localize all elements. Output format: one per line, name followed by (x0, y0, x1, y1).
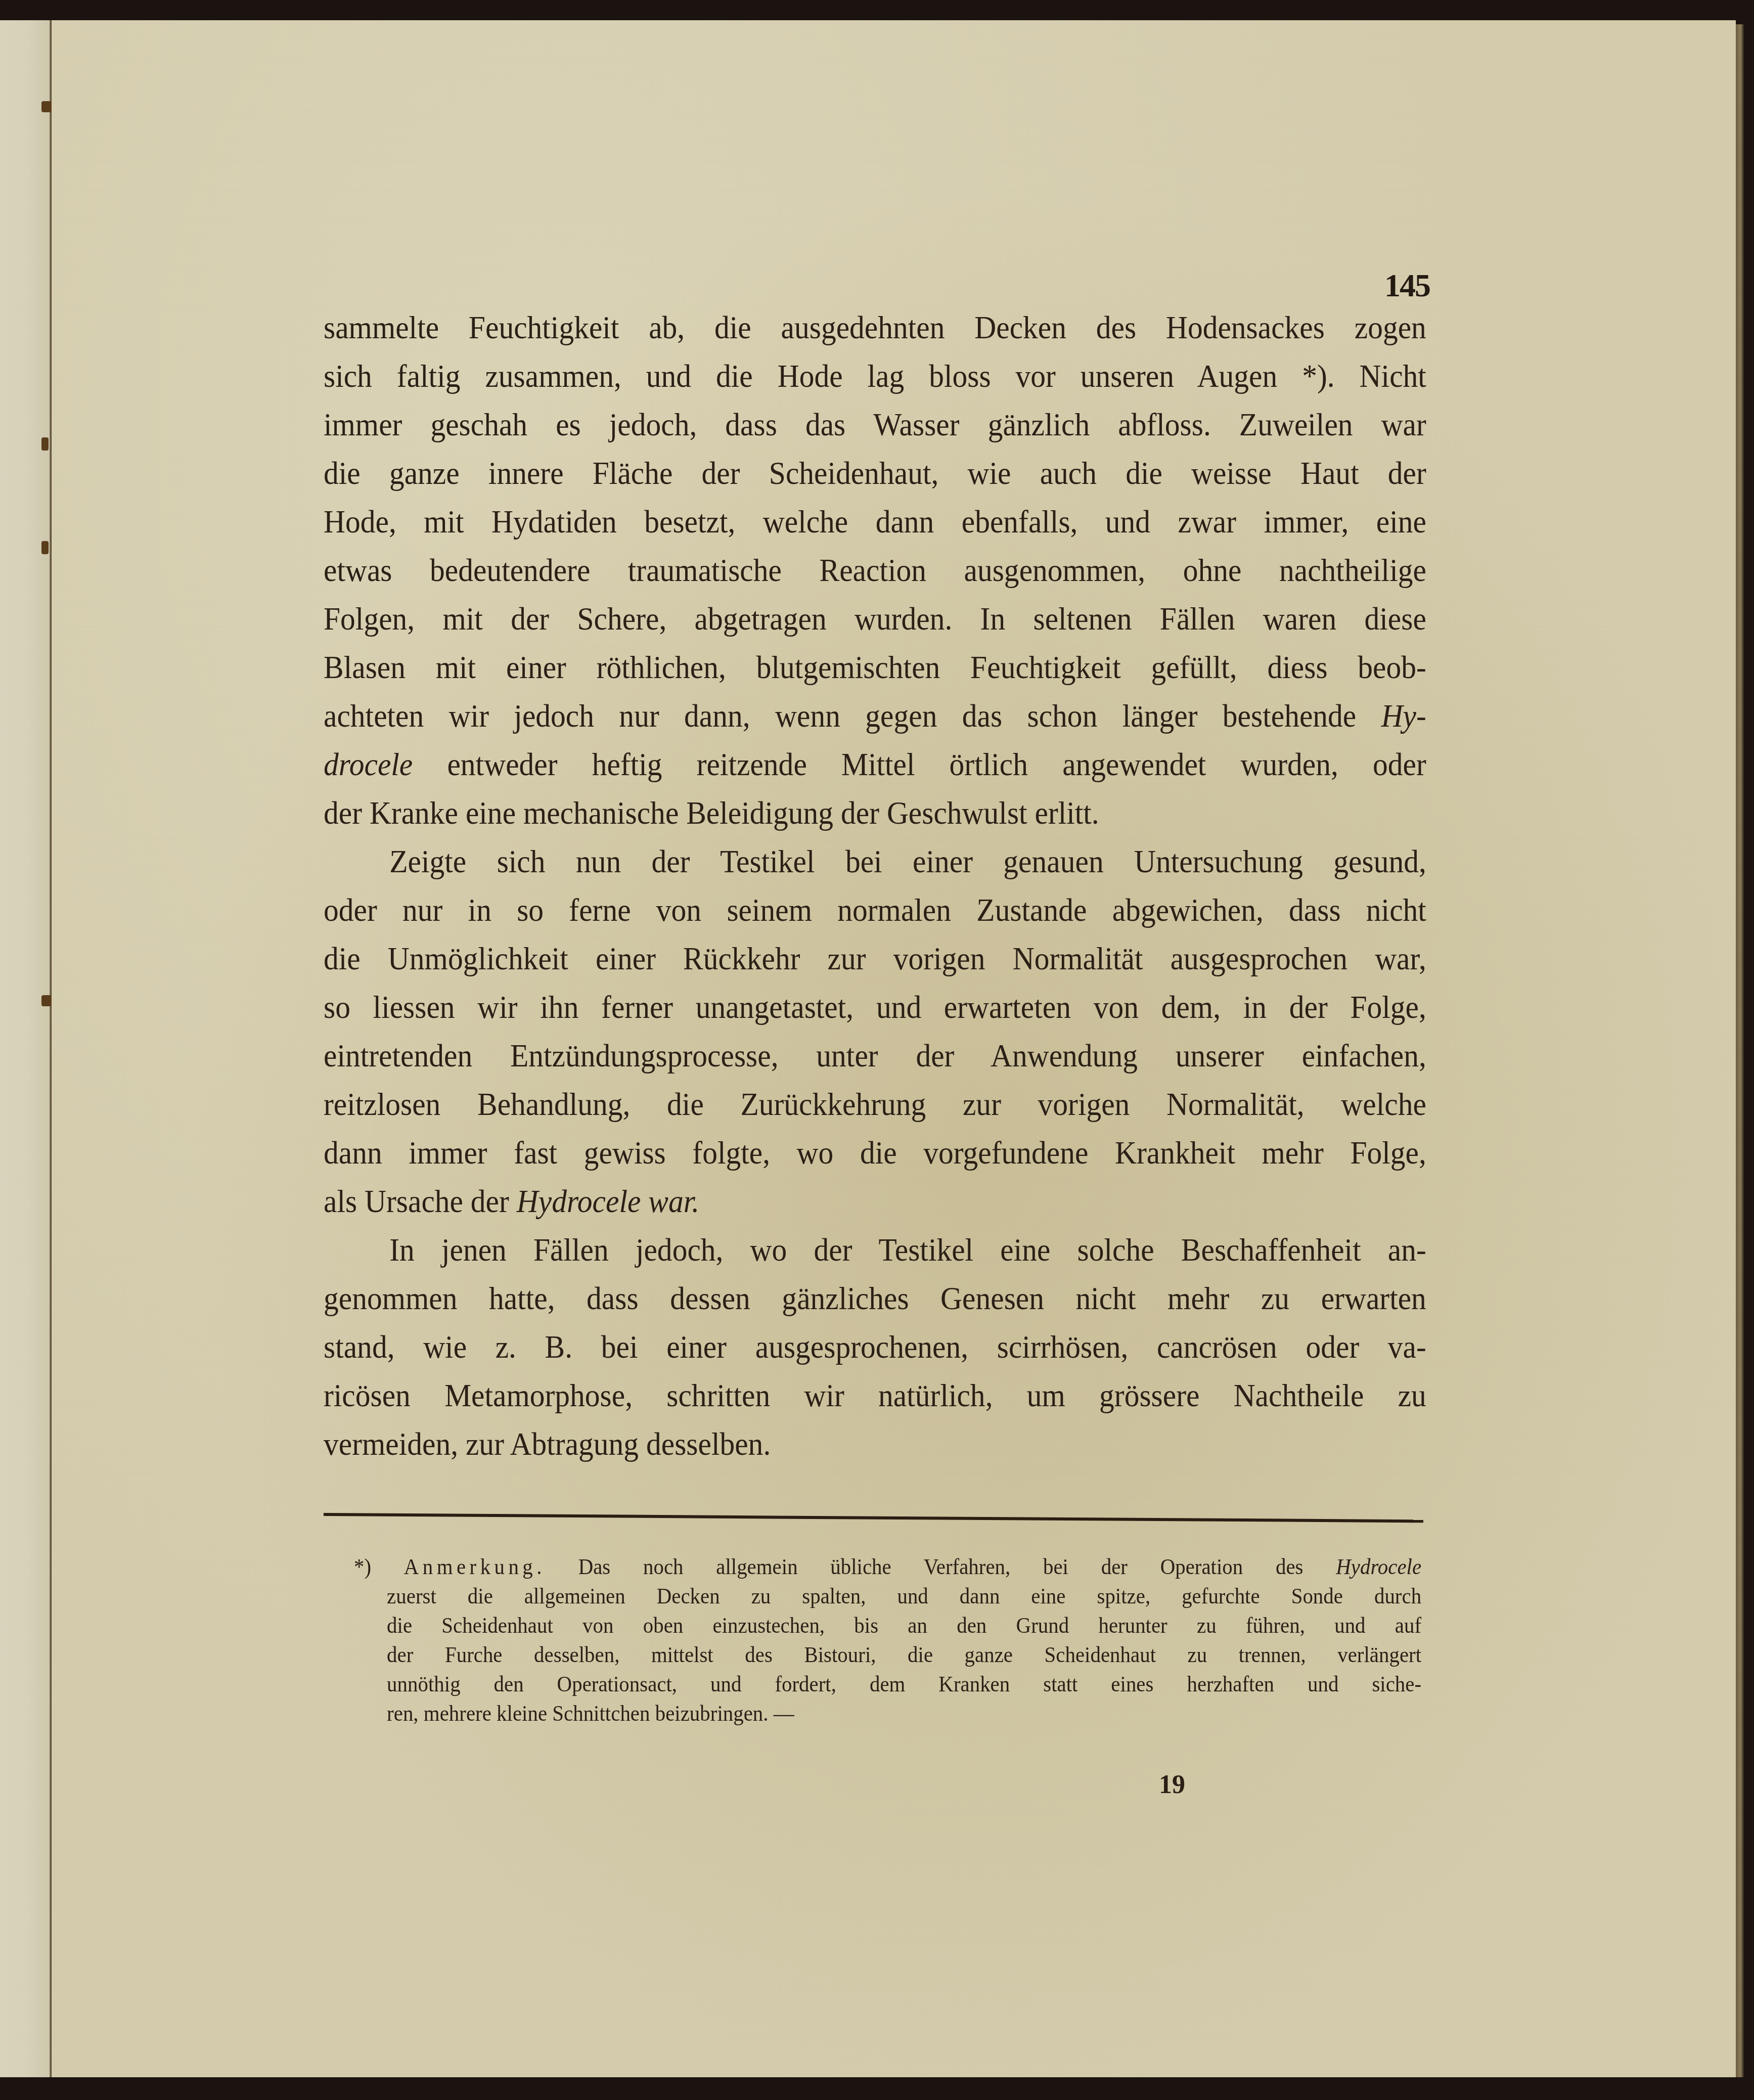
text-line: Folgen, mit der Schere, abgetragen wurde… (324, 595, 1426, 643)
text-line: reitzlosen Behandlung, die Zurückkehrung… (324, 1080, 1426, 1129)
footnote-text: Das noch allgemein übliche Verfahren, be… (578, 1554, 1421, 1579)
footnote-line: unnöthig den Operationsact, und fordert,… (354, 1670, 1421, 1699)
text-line: als Ursache der Hydrocele war. (324, 1177, 1426, 1226)
text-line: ricösen Metamorphose, schritten wir natü… (324, 1371, 1426, 1420)
footnote: *) Anmerkung. Das noch allgemein übliche… (354, 1552, 1346, 1728)
footnote-line: die Scheidenhaut von oben einzustechen, … (354, 1611, 1421, 1640)
text-line: sich faltig zusammen, und die Hode lag b… (324, 352, 1426, 400)
text-line: Blasen mit einer röthlichen, blutgemisch… (324, 643, 1426, 692)
book-binding-strip (0, 20, 51, 2077)
page-number: 145 (1384, 267, 1430, 304)
text-line: vermeiden, zur Abtragung desselben. (324, 1420, 1426, 1468)
footnote-line: ren, mehrere kleine Schnittchen beizubri… (354, 1699, 1421, 1728)
text-line: achteten wir jedoch nur dann, wenn gegen… (324, 692, 1426, 740)
text-line: Hode, mit Hydatiden besetzt, welche dann… (324, 498, 1426, 546)
text-line: etwas bedeutendere traumatische Reaction… (324, 546, 1426, 595)
footnote-line: der Furche desselben, mittelst des Bisto… (354, 1640, 1421, 1670)
text-line: sammelte Feuchtigkeit ab, die ausgedehnt… (324, 303, 1426, 352)
footnote-line: zuerst die allgemeinen Decken zu spalten… (354, 1582, 1421, 1611)
text-line: eintretenden Entzündungsprocesse, unter … (324, 1032, 1426, 1080)
page-edge-shadow (1736, 24, 1744, 2077)
text-line: drocele entweder heftig reitzende Mittel… (324, 740, 1426, 789)
text-line: genommen hatte, dass dessen gänzliches G… (324, 1274, 1426, 1323)
footnote-first-line: *) Anmerkung. Das noch allgemein übliche… (354, 1552, 1421, 1582)
signature-mark: 19 (1159, 1770, 1185, 1800)
text-line: Zeigte sich nun der Testikel bei einer g… (324, 837, 1426, 886)
body-text: sammelte Feuchtigkeit ab, die ausgedehnt… (324, 303, 1348, 1468)
binding-thread-mark (41, 541, 49, 554)
footnote-marker: *) (354, 1554, 371, 1579)
text-line: die ganze innere Fläche der Scheidenhaut… (324, 449, 1426, 498)
text-line: oder nur in so ferne von seinem normalen… (324, 886, 1426, 934)
text-line: stand, wie z. B. bei einer ausgesprochen… (324, 1323, 1426, 1371)
text-line: dann immer fast gewiss folgte, wo die vo… (324, 1129, 1426, 1177)
text-line: In jenen Fällen jedoch, wo der Testikel … (324, 1226, 1426, 1274)
text-line: die Unmöglichkeit einer Rückkehr zur vor… (324, 934, 1426, 983)
text-line: der Kranke eine mechanische Beleidigung … (324, 789, 1426, 837)
binding-thread-mark (41, 437, 49, 451)
footnote-label: Anmerkung. (404, 1554, 546, 1579)
text-line: immer geschah es jedoch, dass das Wasser… (324, 400, 1426, 449)
text-line: so liessen wir ihn ferner unangetastet, … (324, 983, 1426, 1032)
